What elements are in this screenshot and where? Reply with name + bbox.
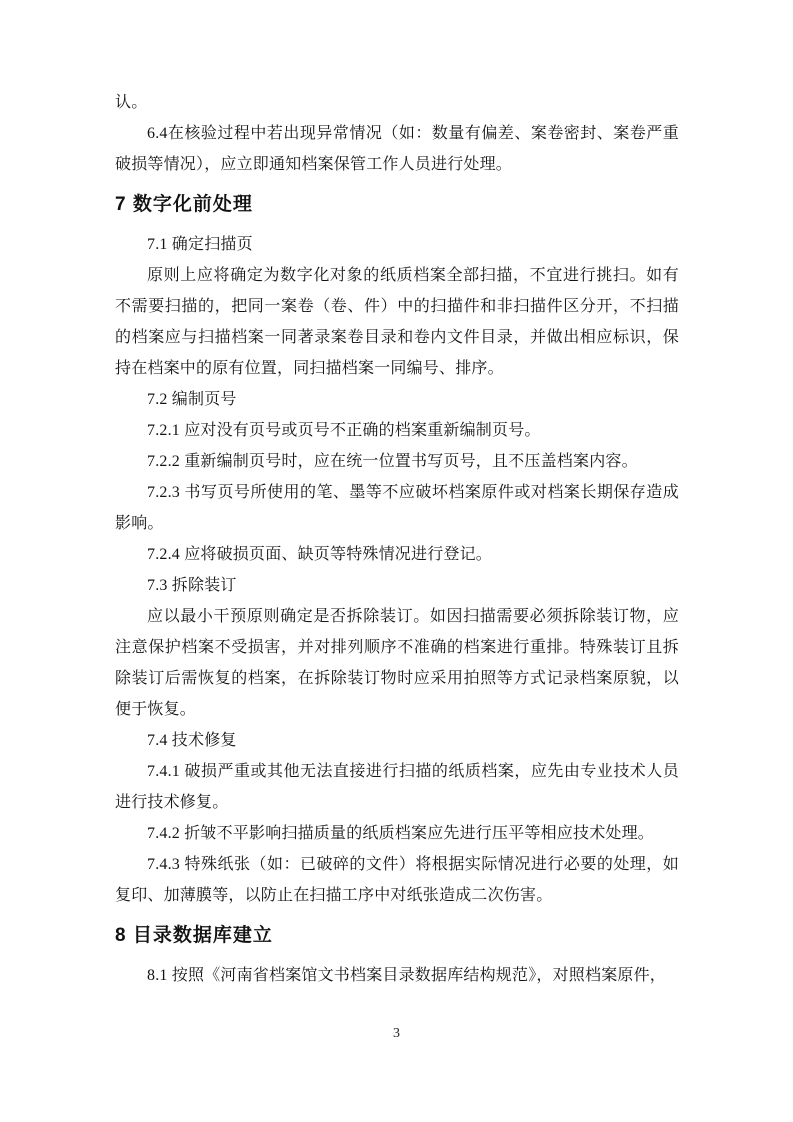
paragraph-7-2-4: 7.2.4 应将破损页面、缺页等特殊情况进行登记。 bbox=[115, 539, 679, 570]
document-content: 认。 6.4在核验过程中若出现异常情况（如：数量有偏差、案卷密封、案卷严重破损等… bbox=[115, 87, 679, 991]
paragraph-7-4-2: 7.4.2 折皱不平影响扫描质量的纸质档案应先进行压平等相应技术处理。 bbox=[115, 818, 679, 849]
paragraph-7-4-1: 7.4.1 破损严重或其他无法直接进行扫描的纸质档案，应先由专业技术人员进行技术… bbox=[115, 756, 679, 818]
document-page: 认。 6.4在核验过程中若出现异常情况（如：数量有偏差、案卷密封、案卷严重破损等… bbox=[0, 0, 793, 1122]
paragraph-7-2-title: 7.2 编制页号 bbox=[115, 384, 679, 415]
paragraph-7-2-1: 7.2.1 应对没有页号或页号不正确的档案重新编制页号。 bbox=[115, 415, 679, 446]
paragraph-7-3-title: 7.3 拆除装订 bbox=[115, 570, 679, 601]
paragraph-7-2-3: 7.2.3 书写页号所使用的笔、墨等不应破坏档案原件或对档案长期保存造成影响。 bbox=[115, 477, 679, 539]
paragraph-continuation: 认。 bbox=[115, 87, 679, 118]
paragraph-7-3-body: 应以最小干预原则确定是否拆除装订。如因扫描需要必须拆除装订物，应注意保护档案不受… bbox=[115, 601, 679, 725]
paragraph-7-1-title: 7.1 确定扫描页 bbox=[115, 229, 679, 260]
paragraph-7-1-body: 原则上应将确定为数字化对象的纸质档案全部扫描，不宜进行挑扫。如有不需要扫描的，把… bbox=[115, 260, 679, 384]
paragraph-7-2-2: 7.2.2 重新编制页号时，应在统一位置书写页号，且不压盖档案内容。 bbox=[115, 446, 679, 477]
paragraph-8-1: 8.1 按照《河南省档案馆文书档案目录数据库结构规范》，对照档案原件， bbox=[115, 960, 679, 991]
section-heading-8: 8 目录数据库建立 bbox=[115, 918, 679, 954]
section-heading-7: 7 数字化前处理 bbox=[115, 187, 679, 223]
paragraph-7-4-title: 7.4 技术修复 bbox=[115, 725, 679, 756]
page-number: 3 bbox=[0, 1026, 793, 1042]
paragraph-7-4-3: 7.4.3 特殊纸张（如：已破碎的文件）将根据实际情况进行必要的处理，如复印、加… bbox=[115, 849, 679, 911]
paragraph-6-4: 6.4在核验过程中若出现异常情况（如：数量有偏差、案卷密封、案卷严重破损等情况）… bbox=[115, 118, 679, 180]
